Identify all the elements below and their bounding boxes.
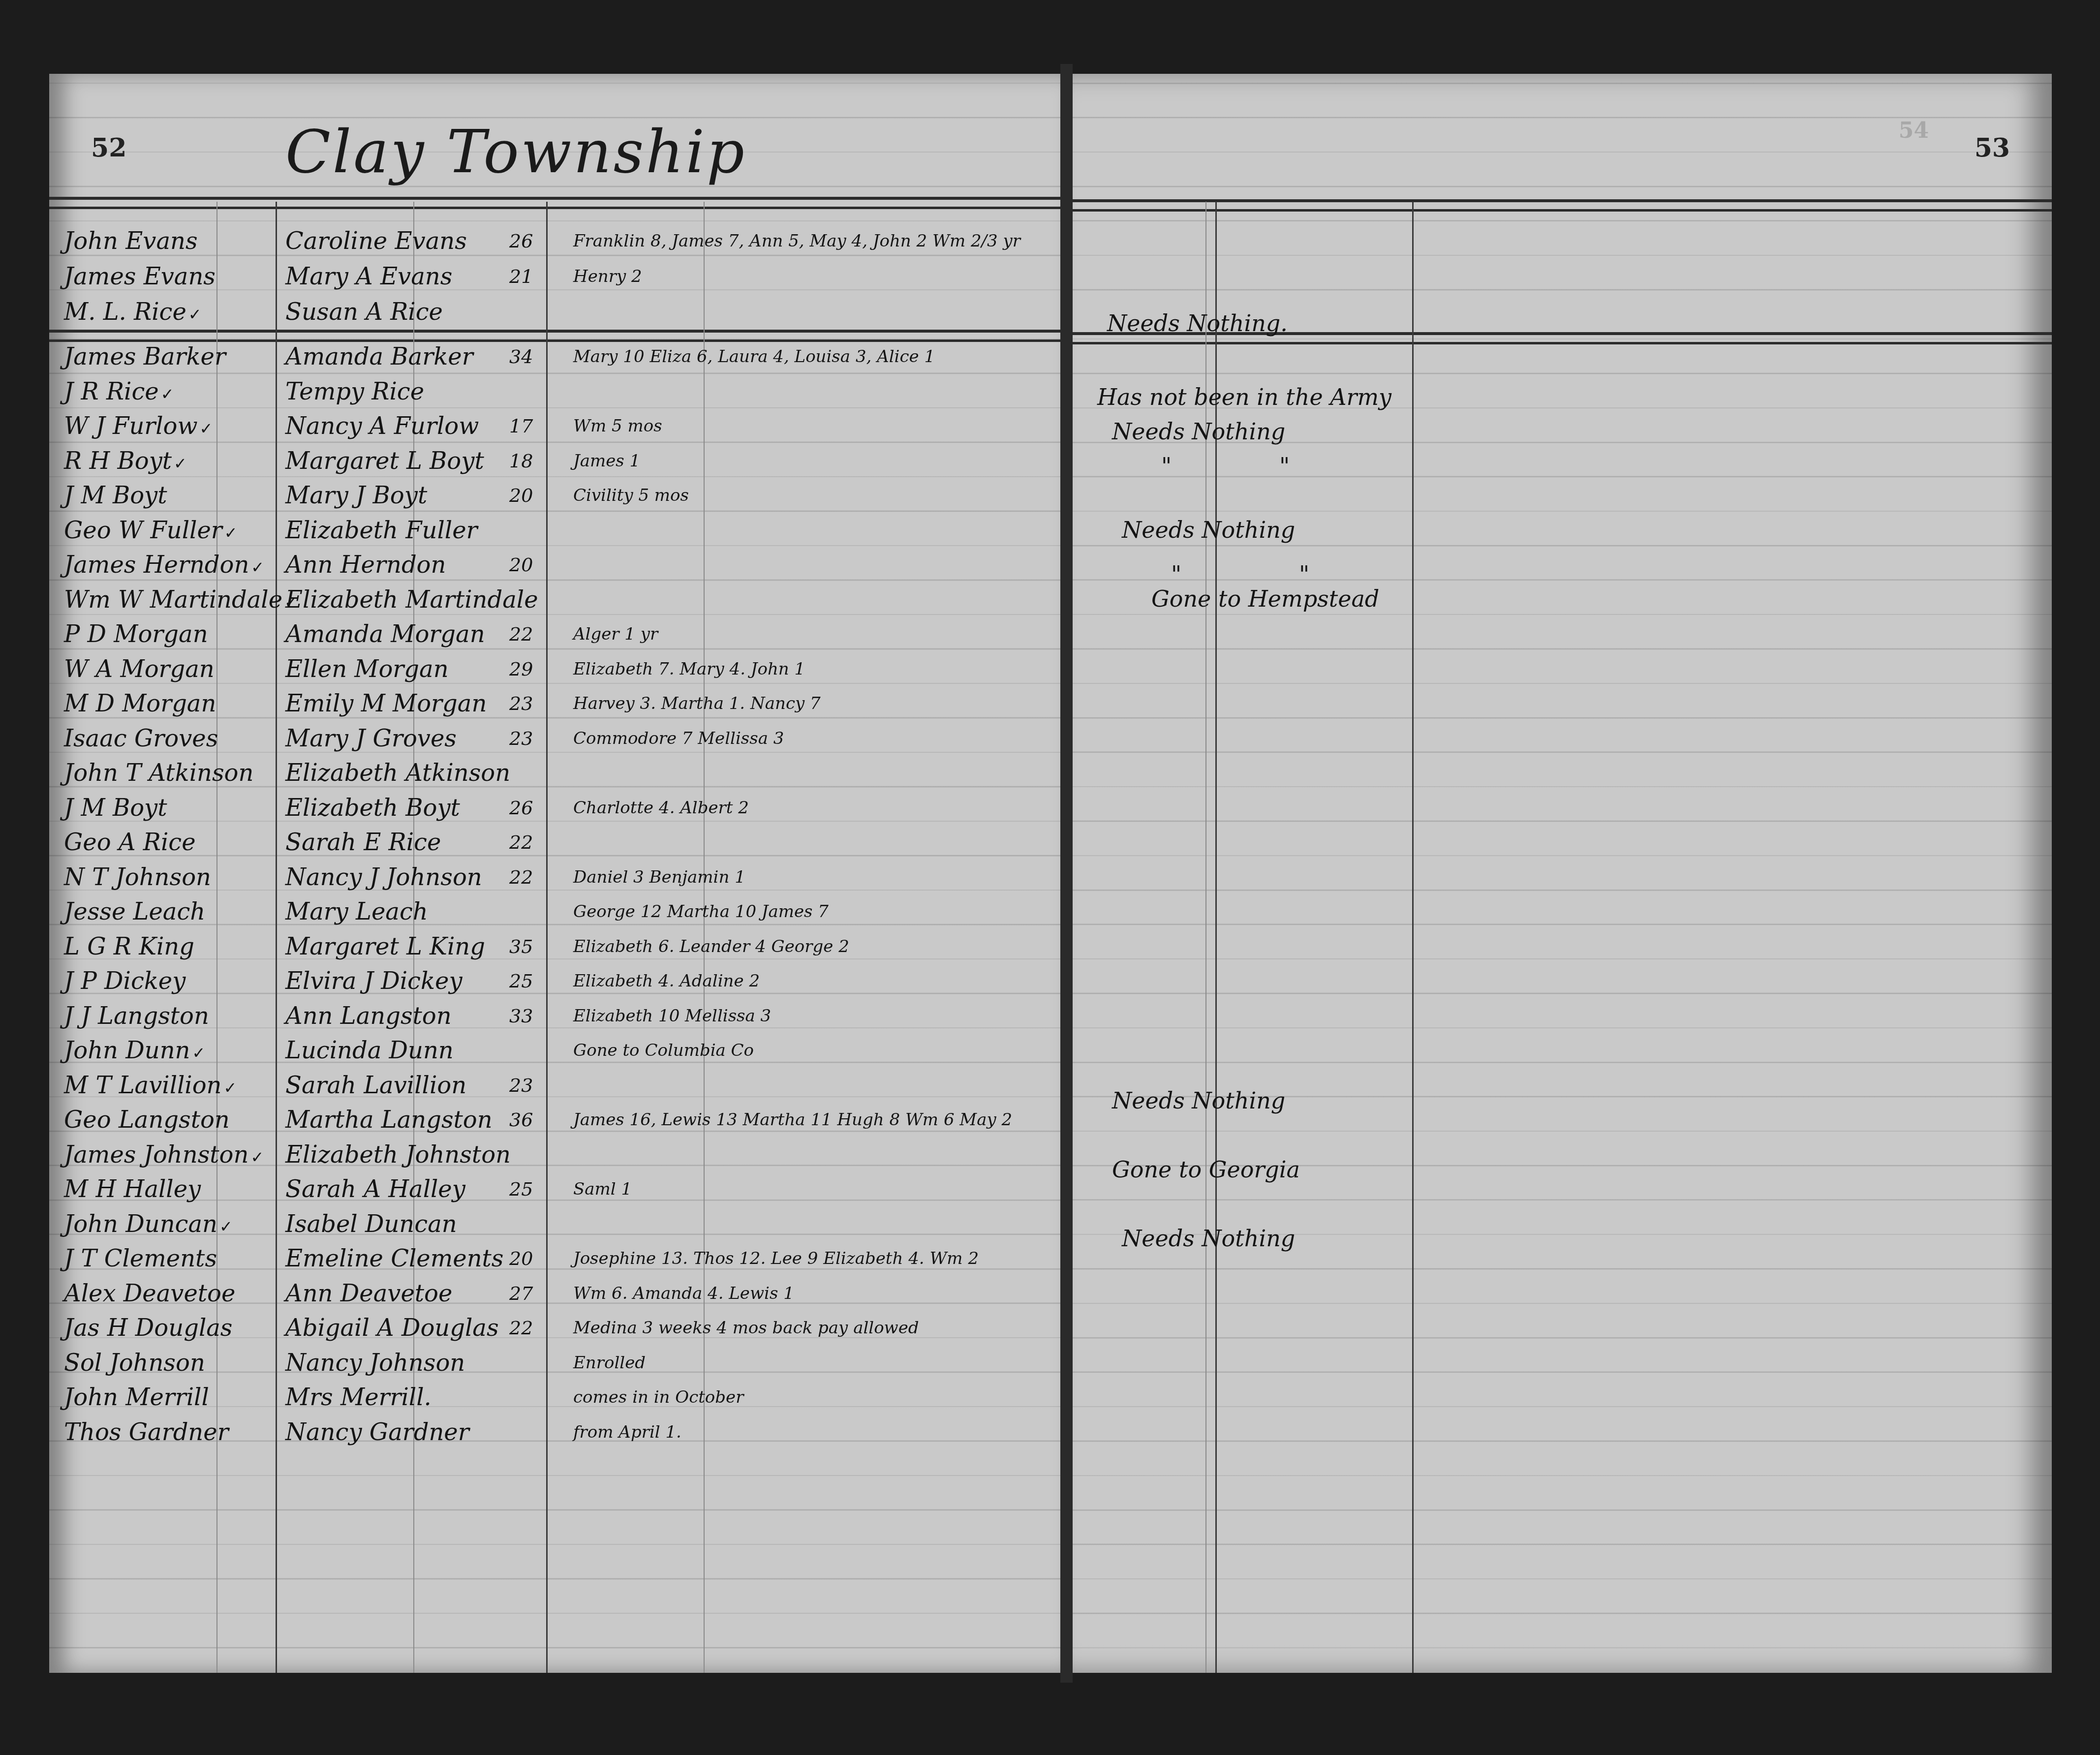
household-row: Jas H DouglasAbigail A Douglas22Medina 3… [49, 1311, 1060, 1345]
head-of-household: Sol Johnson [64, 1346, 207, 1383]
head-of-household: J M Boyt [64, 478, 169, 515]
husband-name: L G R King [64, 933, 194, 960]
household-row: Alex DeavetoeAnn Deavetoe27Wm 6. Amanda … [49, 1276, 1060, 1311]
children-list: Josephine 13. Thos 12. Lee 9 Elizabeth 4… [573, 1241, 979, 1276]
husband-name: Jas H Douglas [64, 1314, 233, 1342]
wife-name: Margaret L King [285, 929, 485, 964]
wife-age: 26 [509, 791, 533, 825]
household-row: Sol JohnsonNancy JohnsonEnrolled [49, 1346, 1060, 1380]
remark: Has not been in the Army [1097, 384, 1391, 410]
wife-name: Elizabeth Johnston [285, 1138, 511, 1172]
wife-name: Caroline Evans [285, 224, 467, 258]
wife-name: Margaret L Boyt [285, 444, 484, 478]
household-row: J J LangstonAnn Langston33Elizabeth 10 M… [49, 999, 1060, 1033]
household-row: M D MorganEmily M Morgan23Harvey 3. Mart… [49, 686, 1060, 721]
head-of-household: Thos Gardner [64, 1415, 231, 1452]
husband-name: Sol Johnson [64, 1349, 205, 1377]
check-mark: ✓ [219, 1217, 233, 1236]
household-row: John MerrillMrs Merrill.comes in in Octo… [49, 1380, 1060, 1415]
head-of-household: Geo Langston [64, 1103, 232, 1139]
household-row: L G R KingMargaret L King35Elizabeth 6. … [49, 929, 1060, 964]
wife-name: Elvira J Dickey [285, 964, 463, 998]
household-row: Geo A RiceSarah E Rice22 [49, 825, 1060, 860]
remark: Needs Nothing. [1107, 310, 1288, 337]
children-list: Wm 5 mos [573, 409, 662, 443]
wife-name: Sarah E Rice [285, 825, 441, 860]
husband-name: Alex Deavetoe [64, 1280, 235, 1307]
wife-age: 36 [509, 1103, 533, 1137]
wife-age: 22 [509, 825, 533, 860]
husband-name: Geo Langston [64, 1106, 230, 1134]
wife-age: 33 [509, 999, 533, 1033]
husband-name: James Johnston [64, 1141, 248, 1169]
household-row: M. L. Rice✓Susan A Rice [49, 295, 1060, 329]
husband-name: Jesse Leach [64, 898, 205, 925]
head-of-household: James Herndon✓ [64, 548, 264, 585]
head-of-household: W J Furlow✓ [64, 409, 213, 446]
wife-name: Ellen Morgan [285, 652, 449, 686]
wife-name: Mrs Merrill. [285, 1380, 432, 1415]
book-gutter [1060, 64, 1073, 1683]
wife-age: 22 [509, 617, 533, 651]
children-list: Alger 1 yr [573, 617, 658, 651]
husband-name: J M Boyt [64, 482, 167, 509]
household-row: J P DickeyElvira J Dickey25Elizabeth 4. … [49, 964, 1060, 998]
wife-age: 20 [509, 1241, 533, 1276]
husband-name: Wm W Martindale [64, 586, 282, 614]
wife-age: 23 [509, 721, 533, 756]
husband-name: Isaac Groves [64, 725, 218, 752]
wife-age: 35 [509, 929, 533, 964]
remark: Gone to Georgia [1112, 1156, 1300, 1183]
head-of-household: Isaac Groves [64, 721, 220, 758]
wife-age: 23 [509, 1068, 533, 1103]
children-list: Mary 10 Eliza 6, Laura 4, Louisa 3, Alic… [573, 339, 935, 374]
wife-age: 17 [509, 409, 533, 443]
children-list: Daniel 3 Benjamin 1 [573, 860, 745, 894]
husband-name: M. L. Rice [64, 298, 186, 326]
children-list: Medina 3 weeks 4 mos back pay allowed [573, 1311, 919, 1345]
ditto-mark: " [1171, 561, 1181, 587]
check-mark: ✓ [192, 1044, 205, 1062]
head-of-household: James Barker [64, 339, 228, 376]
head-of-household: N T Johnson [64, 860, 213, 897]
wife-name: Amanda Morgan [285, 617, 485, 651]
children-list: comes in in October [573, 1380, 743, 1415]
check-mark: ✓ [224, 1078, 237, 1097]
check-mark: ✓ [250, 1148, 264, 1167]
header-rule [49, 197, 1060, 209]
husband-name: John Dunn [64, 1037, 190, 1064]
children-list: George 12 Martha 10 James 7 [573, 894, 829, 929]
wife-name: Ann Langston [285, 999, 452, 1033]
head-of-household: R H Boyt✓ [64, 444, 187, 481]
remark: Gone to Hempstead [1151, 585, 1379, 612]
wife-age: 29 [509, 652, 533, 686]
household-row: James Herndon✓Ann Herndon20 [49, 548, 1060, 582]
wife-name: Emeline Clements [285, 1241, 503, 1276]
remark: Needs Nothing [1122, 1225, 1295, 1252]
wife-age: 22 [509, 1311, 533, 1345]
page-number: 53 [1975, 133, 2010, 163]
right-ledger-page: 54 53 Needs Nothing. Has not been in the… [1073, 74, 2052, 1673]
household-row: P D MorganAmanda Morgan22Alger 1 yr [49, 617, 1060, 651]
head-of-household: J M Boyt [64, 791, 169, 828]
head-of-household: James Evans [64, 259, 217, 296]
children-list: Elizabeth 7. Mary 4. John 1 [573, 652, 805, 686]
head-of-household: J T Clements [64, 1241, 219, 1278]
head-of-household: James Johnston✓ [64, 1138, 264, 1174]
household-row: James BarkerAmanda Barker34Mary 10 Eliza… [49, 339, 1060, 374]
wife-age: 25 [509, 964, 533, 998]
check-mark: ✓ [161, 385, 174, 403]
household-row: John T AtkinsonElizabeth Atkinson [49, 756, 1060, 790]
household-row: Isaac GrovesMary J Groves23Commodore 7 M… [49, 721, 1060, 756]
head-of-household: M H Halley [64, 1172, 203, 1209]
wife-name: Sarah A Halley [285, 1172, 465, 1206]
wife-name: Martha Langston [285, 1103, 493, 1137]
children-list: Elizabeth 4. Adaline 2 [573, 964, 760, 998]
wife-age: 25 [509, 1172, 533, 1206]
head-of-household: John Dunn✓ [64, 1033, 205, 1070]
household-row: R H Boyt✓Margaret L Boyt18James 1 [49, 444, 1060, 478]
wife-age: 22 [509, 860, 533, 894]
household-row: J M BoytMary J Boyt20Civility 5 mos [49, 478, 1060, 513]
children-list: Wm 6. Amanda 4. Lewis 1 [573, 1276, 794, 1311]
wife-age: 27 [509, 1276, 533, 1311]
wife-age: 20 [509, 478, 533, 513]
husband-name: John Duncan [64, 1210, 217, 1238]
husband-name: M D Morgan [64, 690, 216, 717]
wife-name: Nancy J Johnson [285, 860, 482, 894]
remark: Needs Nothing [1122, 517, 1295, 543]
wife-age: 26 [509, 224, 533, 258]
wife-name: Nancy A Furlow [285, 409, 479, 443]
head-of-household: M. L. Rice✓ [64, 295, 202, 332]
husband-name: James Evans [64, 263, 216, 290]
children-list: Enrolled [573, 1346, 646, 1380]
household-row: James Johnston✓Elizabeth Johnston [49, 1138, 1060, 1172]
husband-name: Geo W Fuller [64, 517, 222, 544]
husband-name: J R Rice [64, 378, 159, 405]
head-of-household: John Merrill [64, 1380, 211, 1417]
wife-age: 21 [509, 259, 533, 294]
household-row: Thos GardnerNancy Gardnerfrom April 1. [49, 1415, 1060, 1449]
children-list: Commodore 7 Mellissa 3 [573, 721, 784, 756]
household-row: James EvansMary A Evans21Henry 2 [49, 259, 1060, 294]
head-of-household: M T Lavillion✓ [64, 1068, 237, 1105]
wife-name: Sarah Lavillion [285, 1068, 466, 1103]
children-list: from April 1. [573, 1415, 681, 1449]
husband-name: J M Boyt [64, 794, 167, 822]
head-of-household: P D Morgan [64, 617, 210, 654]
wife-name: Emily M Morgan [285, 686, 487, 721]
household-row: J T ClementsEmeline Clements20Josephine … [49, 1241, 1060, 1276]
household-row: J R Rice✓Tempy Rice [49, 374, 1060, 409]
children-list: Harvey 3. Martha 1. Nancy 7 [573, 686, 821, 721]
head-of-household: John T Atkinson [64, 756, 255, 793]
husband-name: R H Boyt [64, 447, 172, 475]
husband-name: J T Clements [64, 1245, 217, 1272]
head-of-household: J R Rice✓ [64, 374, 174, 411]
wife-name: Nancy Gardner [285, 1415, 469, 1449]
household-row: N T JohnsonNancy J Johnson22Daniel 3 Ben… [49, 860, 1060, 894]
children-list: Elizabeth 6. Leander 4 George 2 [573, 929, 849, 964]
household-row: M H HalleySarah A Halley25Saml 1 [49, 1172, 1060, 1206]
ditto-mark: " [1299, 561, 1309, 587]
household-row: M T Lavillion✓Sarah Lavillion23 [49, 1068, 1060, 1103]
wife-name: Abigail A Douglas [285, 1311, 499, 1345]
wife-name: Tempy Rice [285, 374, 424, 409]
column-divider [1412, 202, 1414, 1673]
wife-name: Mary A Evans [285, 259, 452, 294]
wife-name: Ann Herndon [285, 548, 446, 582]
wife-name: Nancy Johnson [285, 1346, 465, 1380]
husband-name: James Barker [64, 343, 226, 370]
husband-name: P D Morgan [64, 620, 208, 648]
husband-name: N T Johnson [64, 863, 211, 891]
wife-name: Amanda Barker [285, 339, 473, 374]
head-of-household: Jas H Douglas [64, 1311, 235, 1348]
children-list: Civility 5 mos [573, 478, 689, 513]
household-row: John EvansCaroline Evans26Franklin 8, Ja… [49, 224, 1060, 258]
head-of-household: Jesse Leach [64, 894, 207, 931]
check-mark: ✓ [251, 558, 264, 577]
wife-name: Isabel Duncan [285, 1207, 457, 1241]
head-of-household: W A Morgan [64, 652, 216, 689]
check-mark: ✓ [224, 523, 238, 542]
husband-name: W J Furlow [64, 412, 198, 440]
head-of-household: Alex Deavetoe [64, 1276, 237, 1313]
husband-name: J P Dickey [64, 967, 185, 995]
head-of-household: J J Langston [64, 999, 211, 1036]
page-number: 52 [91, 133, 126, 163]
wife-age: 18 [509, 444, 533, 478]
husband-name: John Evans [64, 227, 198, 255]
wife-name: Elizabeth Boyt [285, 791, 460, 825]
head-of-household: L G R King [64, 929, 196, 966]
check-mark: ✓ [174, 454, 187, 473]
husband-name: James Herndon [64, 551, 249, 579]
left-ledger-page: 52 Clay Township John EvansCaroline Evan… [49, 74, 1060, 1673]
household-row: John Duncan✓Isabel Duncan [49, 1207, 1060, 1241]
remark: Needs Nothing [1112, 418, 1285, 445]
husband-name: Thos Gardner [64, 1418, 229, 1446]
ditto-mark: " [1161, 453, 1172, 479]
wife-age: 20 [509, 548, 533, 582]
children-list: Henry 2 [573, 259, 642, 294]
wife-name: Elizabeth Martindale [285, 583, 538, 617]
children-list: Elizabeth 10 Mellissa 3 [573, 999, 771, 1033]
wife-name: Susan A Rice [285, 295, 443, 329]
children-list: Gone to Columbia Co [573, 1033, 754, 1068]
household-row: Geo LangstonMartha Langston36James 16, L… [49, 1103, 1060, 1137]
husband-name: John Merrill [64, 1384, 209, 1411]
children-list: James 1 [573, 444, 640, 478]
head-of-household: Geo W Fuller✓ [64, 513, 238, 550]
wife-name: Elizabeth Fuller [285, 513, 478, 548]
head-of-household: M D Morgan [64, 686, 218, 723]
ghost-page-number: 54 [1899, 118, 1929, 143]
ditto-mark: " [1279, 453, 1290, 479]
wife-name: Mary Leach [285, 894, 428, 929]
wife-name: Elizabeth Atkinson [285, 756, 510, 790]
husband-name: Geo A Rice [64, 829, 196, 856]
household-row: J M BoytElizabeth Boyt26Charlotte 4. Alb… [49, 791, 1060, 825]
household-row: John Dunn✓Lucinda DunnGone to Columbia C… [49, 1033, 1060, 1068]
remark: Needs Nothing [1112, 1087, 1285, 1114]
household-row: W J Furlow✓Nancy A Furlow17Wm 5 mos [49, 409, 1060, 443]
husband-name: W A Morgan [64, 655, 215, 683]
children-list: James 16, Lewis 13 Martha 11 Hugh 8 Wm 6… [573, 1103, 1012, 1137]
head-of-household: Geo A Rice [64, 825, 198, 862]
head-of-household: Wm W Martindale✓ [64, 583, 298, 619]
husband-name: John T Atkinson [64, 759, 253, 787]
head-of-household: J P Dickey [64, 964, 187, 1001]
wife-name: Mary J Groves [285, 721, 457, 756]
household-row: W A MorganEllen Morgan29Elizabeth 7. Mar… [49, 652, 1060, 686]
husband-name: M T Lavillion [64, 1072, 222, 1099]
husband-name: J J Langston [64, 1002, 209, 1030]
check-mark: ✓ [200, 419, 213, 438]
wife-name: Mary J Boyt [285, 478, 427, 513]
head-of-household: John Evans [64, 224, 200, 261]
household-row: Wm W Martindale✓Elizabeth Martindale [49, 583, 1060, 617]
wife-name: Ann Deavetoe [285, 1276, 452, 1311]
header-rule [1073, 199, 2052, 212]
children-list: Saml 1 [573, 1172, 632, 1206]
household-row: Geo W Fuller✓Elizabeth Fuller [49, 513, 1060, 548]
husband-name: M H Halley [64, 1175, 201, 1203]
wife-age: 34 [509, 339, 533, 374]
head-of-household: John Duncan✓ [64, 1207, 233, 1244]
children-list: Charlotte 4. Albert 2 [573, 791, 749, 825]
children-list: Franklin 8, James 7, Ann 5, May 4, John … [573, 224, 1020, 258]
household-row: Jesse LeachMary LeachGeorge 12 Martha 10… [49, 894, 1060, 929]
check-mark: ✓ [188, 305, 202, 324]
wife-name: Lucinda Dunn [285, 1033, 454, 1068]
township-title: Clay Township [285, 118, 746, 186]
wife-age: 23 [509, 686, 533, 721]
